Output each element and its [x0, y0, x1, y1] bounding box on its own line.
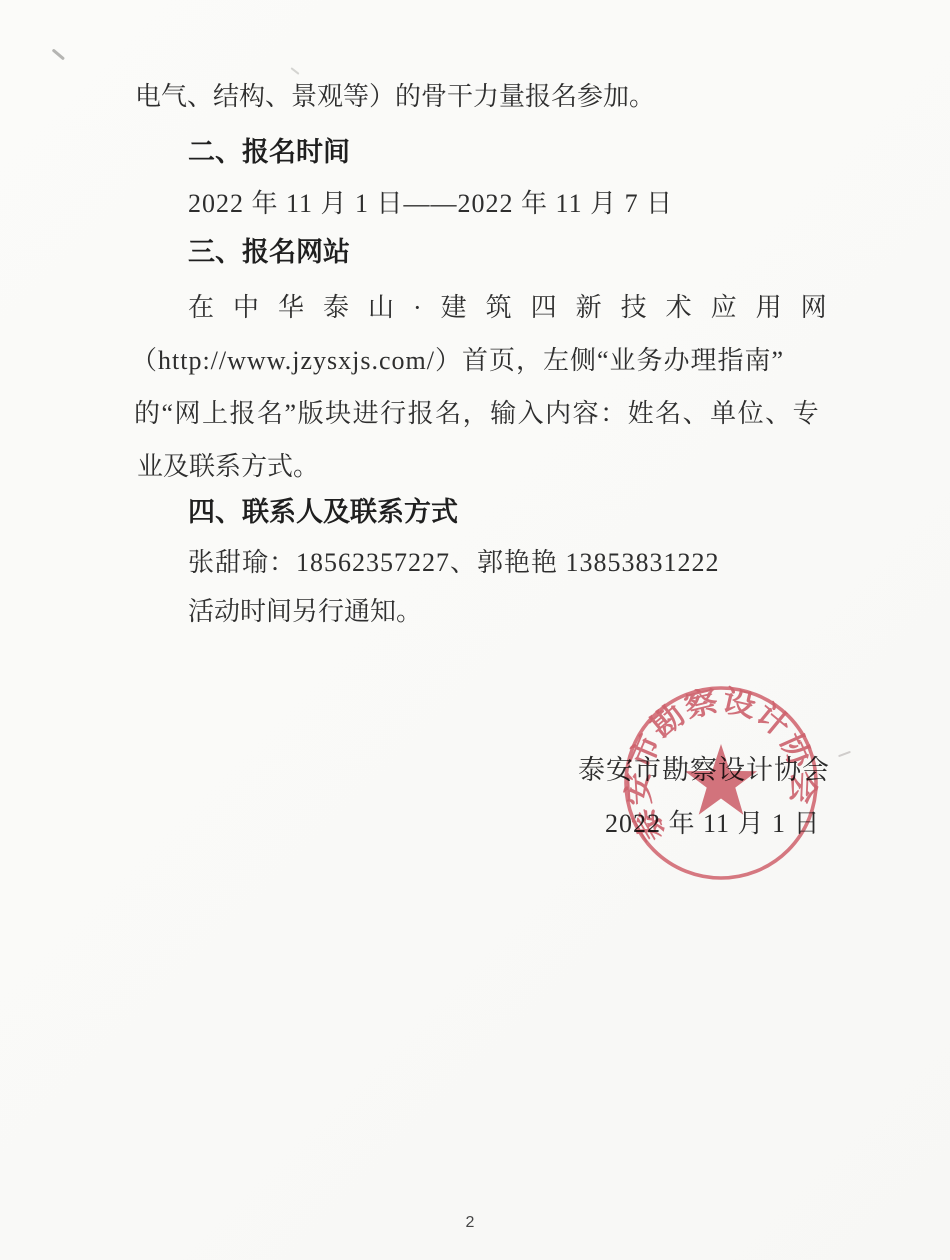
registration-instructions-line-2: 业及联系方式。: [137, 446, 319, 483]
scan-artifact: [838, 751, 851, 757]
registration-instructions-line: 的“网上报名”版块进行报名，输入内容：姓名、单位、专: [134, 393, 820, 430]
paragraph-continuation-line: 电气、结构、景观等）的骨干力量报名参加。: [135, 76, 655, 113]
seal-star-icon: [685, 744, 757, 815]
registration-date-range: 2022 年 11 月 1 日——2022 年 11 月 7 日: [188, 183, 673, 220]
official-seal-stamp: 泰安市勘察设计协会: [613, 675, 829, 891]
contact-names-and-phones: 张甜瑜：18562357227、郭艳艳 13853831222: [188, 542, 720, 579]
website-url-line: （http://www.jzysxjs.com/）首页，左侧“业务办理指南”: [131, 340, 784, 377]
scan-artifact: [290, 67, 299, 75]
section-heading-registration-website: 三、报名网站: [188, 230, 350, 269]
section-heading-registration-time: 二、报名时间: [188, 130, 350, 169]
activity-notice-line: 活动时间另行通知。: [188, 591, 422, 628]
scanned-document-page: 电气、结构、景观等）的骨干力量报名参加。 二、报名时间 2022 年 11 月 …: [0, 0, 950, 1260]
section-heading-contacts: 四、联系人及联系方式: [188, 490, 458, 529]
page-number: 2: [450, 1214, 490, 1232]
scan-artifact: [52, 48, 65, 60]
website-name-line: 在中华泰山·建筑四新技术应用网: [188, 287, 846, 324]
